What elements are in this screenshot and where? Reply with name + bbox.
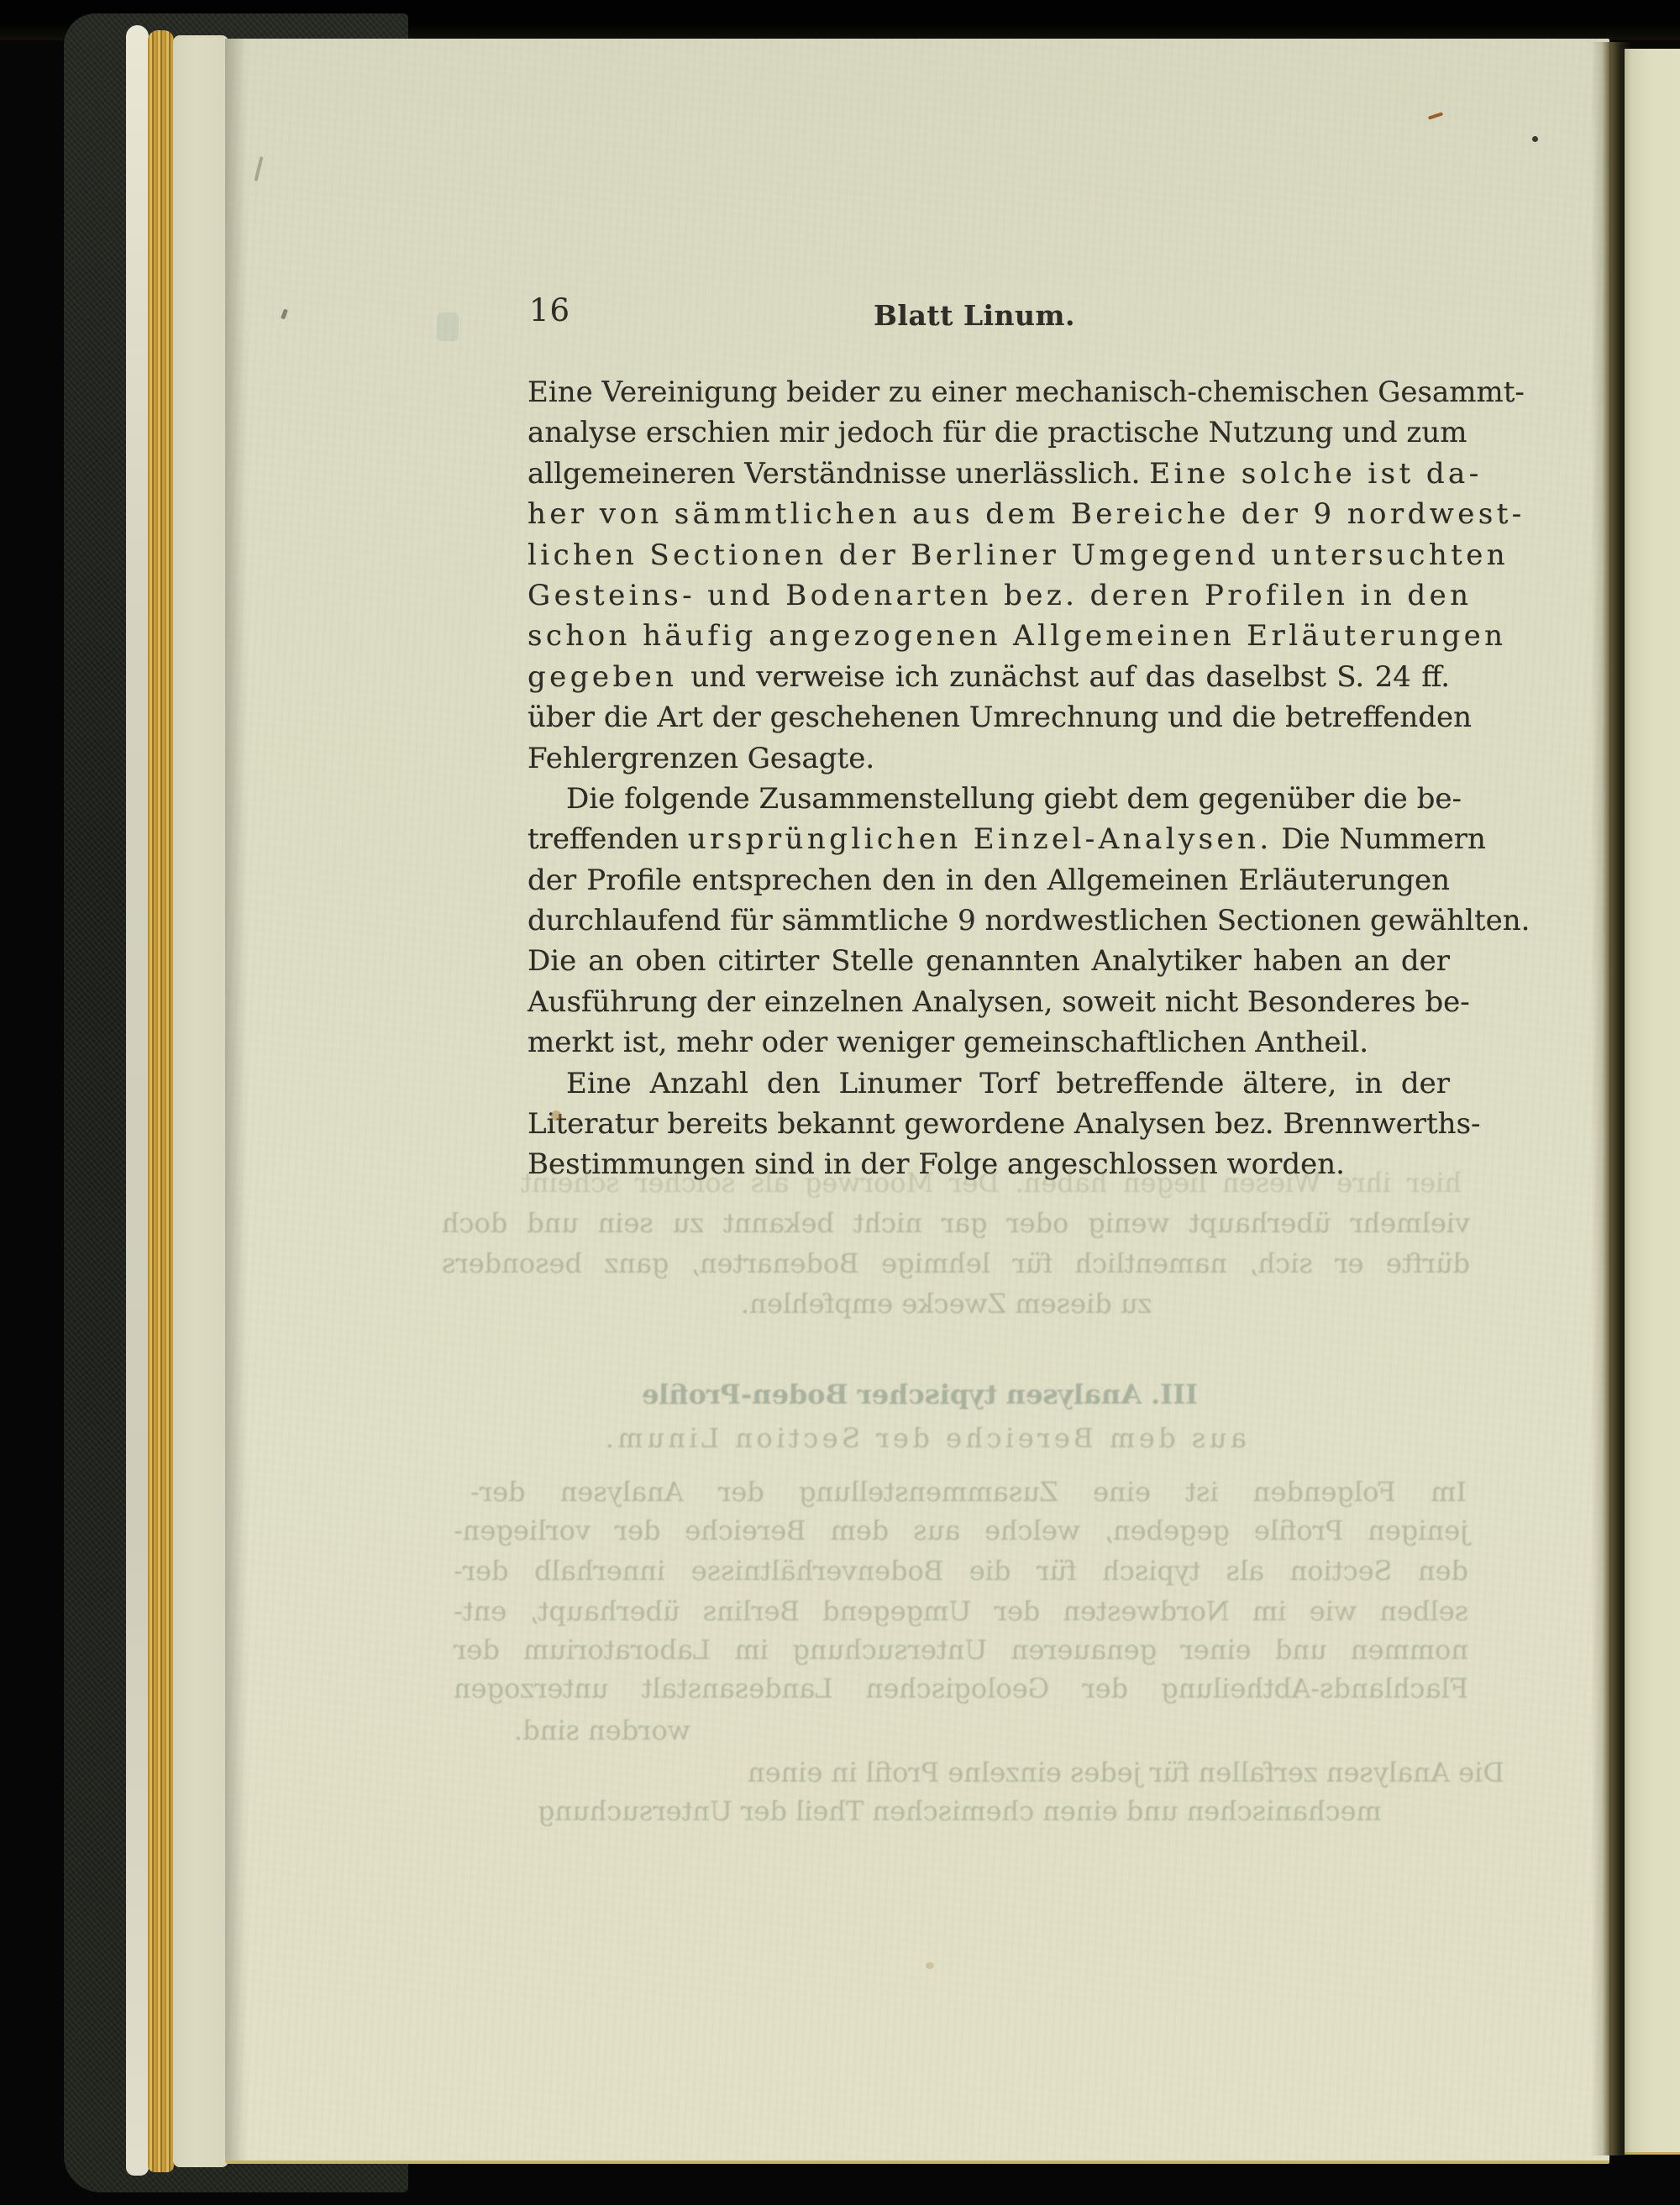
bleedthrough-line: nommen und einer genaueren Untersuchung … [454, 1631, 1468, 1668]
text-line: Ausführung der einzelnen Analysen, sowei… [528, 982, 1450, 1022]
text-segment-spaced: her von sämmtlichen aus dem Bereiche der… [528, 497, 1525, 531]
text-segment: Fehlergrenzen Gesagte. [528, 742, 874, 775]
text-line: durchlaufend für sämmtliche 9 nordwestli… [528, 900, 1450, 941]
bleedthrough-line: jenigen Profile gegeben, welche aus dem … [454, 1512, 1468, 1549]
paper-speck [1532, 136, 1538, 142]
bleedthrough-line: worden sind. [514, 1712, 690, 1749]
bleedthrough-line: selben wie im Nordwesten der Umgegend Be… [454, 1593, 1468, 1630]
bleedthrough-line: Die Analysen zerfallen für jedes einzeln… [748, 1754, 1504, 1791]
bleedthrough-subheading: aus dem Bereiche der Section Linum. [588, 1420, 1260, 1457]
text-line: Die folgende Zusammenstellung giebt dem … [528, 779, 1450, 819]
text-segment-spaced: Gesteins- und Bodenarten bez. deren Prof… [528, 579, 1472, 612]
text-segment: Literatur bereits bekannt gewordene Anal… [528, 1107, 1481, 1141]
page-edge-stack-white [126, 25, 149, 2176]
text-line: treffenden ursprünglichen Einzel-Analyse… [528, 819, 1450, 859]
text-line: her von sämmtlichen aus dem Bereiche der… [528, 494, 1450, 534]
page-edge-stack-gilt [148, 30, 174, 2172]
text-line: Literatur bereits bekannt gewordene Anal… [528, 1104, 1450, 1144]
bleedthrough-line: vielmehr überhaupt wenig oder gar nicht … [442, 1205, 1470, 1242]
text-segment: Eine Vereinigung beider zu einer mechani… [528, 375, 1525, 409]
text-line: der Profile entsprechen den in den Allge… [528, 860, 1450, 900]
text-segment: und verweise ich zunächst auf das daselb… [690, 660, 1450, 694]
bleedthrough-line: dürfte er sich, namentlich für lehmige B… [442, 1245, 1470, 1282]
bleedthrough-line: den Section als typisch für die Bodenver… [454, 1552, 1468, 1589]
bleedthrough-heading: III. Analysen typischer Boden-Profile [626, 1376, 1214, 1413]
text-segment: durchlaufend für sämmtliche 9 nordwestli… [528, 904, 1530, 937]
text-segment: Die an oben citirter Stelle genannten An… [528, 944, 1450, 978]
book-scan: { "colors": { "paper": "#deddc5", "ink":… [0, 0, 1680, 2205]
text-line: Eine Vereinigung beider zu einer mechani… [528, 372, 1450, 412]
text-segment: allgemeineren Verständnisse unerlässlich… [528, 457, 1149, 491]
text-line: Eine Anzahl den Linumer Torf betreffende… [528, 1063, 1450, 1104]
text-segment: treffenden [528, 822, 688, 856]
text-segment: Eine Anzahl den Linumer Torf betreffende… [566, 1067, 1450, 1100]
paper-speck [551, 1110, 561, 1121]
text-segment: über die Art der geschehenen Umrechnung … [528, 701, 1472, 734]
page-number: 16 [529, 292, 630, 328]
text-segment-spaced: schon häufig angezogenen Allgemeinen Erl… [528, 619, 1507, 653]
text-line: schon häufig angezogenen Allgemeinen Erl… [528, 616, 1450, 656]
text-line: lichen Sectionen der Berliner Umgegend u… [528, 535, 1450, 575]
text-segment: Die folgende Zusammenstellung giebt dem … [566, 782, 1462, 816]
text-segment-spaced: gegeben [528, 660, 690, 694]
binding-gutter-shadow [1591, 42, 1631, 2155]
text-segment-spaced: ursprünglichen Einzel-Analysen. [688, 822, 1273, 856]
text-segment: der Profile entsprechen den in den Allge… [528, 864, 1450, 897]
text-segment: analyse erschien mir jedoch für die prac… [528, 416, 1467, 449]
text-segment: Die Nummern [1273, 822, 1486, 856]
text-block: Eine Vereinigung beider zu einer mechani… [528, 372, 1450, 1185]
page-edge-stack-cream [173, 35, 228, 2167]
text-line: gegeben und verweise ich zunächst auf da… [528, 657, 1450, 697]
text-line: Gesteins- und Bodenarten bez. deren Prof… [528, 575, 1450, 616]
bleedthrough-line: Flachlands-Abtheilung der Geologischen L… [454, 1670, 1468, 1707]
text-line: über die Art der geschehenen Umrechnung … [528, 697, 1450, 738]
bleedthrough-line: zu diesem Zwecke empfehlen. [741, 1285, 1152, 1322]
facing-page-edge [1625, 49, 1680, 2155]
bleedthrough-line: hier ihre Wiesen liegen haben. Der Moorw… [521, 1164, 1462, 1201]
text-line: Fehlergrenzen Gesagte. [528, 738, 1450, 779]
bleedthrough-line: mechanischen und einen chemischen Theil … [538, 1793, 1382, 1830]
text-line: analyse erschien mir jedoch für die prac… [528, 412, 1450, 453]
text-segment: Ausführung der einzelnen Analysen, sowei… [528, 985, 1470, 1019]
paper-speck [437, 312, 459, 341]
text-segment: merkt ist, mehr oder weniger gemeinschaf… [528, 1026, 1368, 1059]
text-line: allgemeineren Verständnisse unerlässlich… [528, 454, 1450, 494]
page-left-shadow [225, 39, 249, 2160]
bleedthrough-line: Im Folgenden ist eine Zusammenstellung d… [470, 1473, 1509, 1510]
text-segment-spaced: lichen Sectionen der Berliner Umgegend u… [528, 538, 1509, 572]
text-line: merkt ist, mehr oder weniger gemeinschaf… [528, 1022, 1450, 1063]
text-segment-spaced: Eine solche ist da- [1149, 457, 1482, 491]
running-header: Blatt Linum. [798, 299, 1151, 332]
text-line: Die an oben citirter Stelle genannten An… [528, 941, 1450, 981]
paper-speck [926, 1962, 934, 1969]
